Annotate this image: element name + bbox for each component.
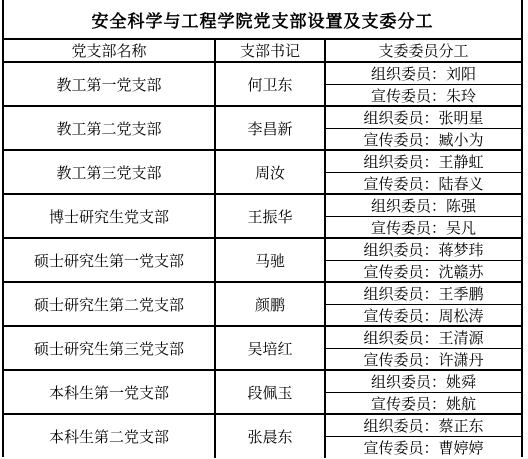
table-row: 本科生第一党支部 段佩玉 组织委员：姚舜 宣传委员：姚航 xyxy=(4,371,521,415)
organization-committee-member: 组织委员：刘阳 xyxy=(326,63,521,85)
header-branch-name: 党支部名称 xyxy=(4,40,216,61)
branch-name-cell: 本科生第二党支部 xyxy=(4,415,216,458)
organization-committee-member: 组织委员：张明星 xyxy=(326,107,521,129)
branch-name-cell: 教工第二党支部 xyxy=(4,107,216,150)
publicity-committee-member: 宣传委员：朱玲 xyxy=(326,85,521,106)
secretary-cell: 吴培红 xyxy=(216,327,326,370)
table-row: 硕士研究生第一党支部 马驰 组织委员：蒋梦玮 宣传委员：沈赣苏 xyxy=(4,239,521,283)
duties-cell: 组织委员：蒋梦玮 宣传委员：沈赣苏 xyxy=(326,239,521,282)
publicity-committee-member: 宣传委员：陆春义 xyxy=(326,173,521,194)
organization-committee-member: 组织委员：陈强 xyxy=(326,195,521,217)
publicity-committee-member: 宣传委员：许潇丹 xyxy=(326,349,521,370)
header-secretary: 支部书记 xyxy=(216,40,326,61)
table-title: 安全科学与工程学院党支部设置及支委分工 xyxy=(4,0,521,40)
duties-cell: 组织委员：刘阳 宣传委员：朱玲 xyxy=(326,63,521,106)
header-row: 党支部名称 支部书记 支委委员分工 xyxy=(4,40,521,63)
publicity-committee-member: 宣传委员：曹婷婷 xyxy=(326,437,521,458)
party-branch-table: 安全科学与工程学院党支部设置及支委分工 党支部名称 支部书记 支委委员分工 教工… xyxy=(2,0,523,457)
secretary-cell: 颜鹏 xyxy=(216,283,326,326)
duties-cell: 组织委员：王静虹 宣传委员：陆春义 xyxy=(326,151,521,194)
organization-committee-member: 组织委员：王季鹏 xyxy=(326,283,521,305)
table-row: 教工第一党支部 何卫东 组织委员：刘阳 宣传委员：朱玲 xyxy=(4,63,521,107)
branch-name-cell: 教工第一党支部 xyxy=(4,63,216,106)
publicity-committee-member: 宣传委员：臧小为 xyxy=(326,129,521,150)
secretary-cell: 李昌新 xyxy=(216,107,326,150)
branch-name-cell: 硕士研究生第三党支部 xyxy=(4,327,216,370)
table-row: 教工第三党支部 周汝 组织委员：王静虹 宣传委员：陆春义 xyxy=(4,151,521,195)
publicity-committee-member: 宣传委员：姚航 xyxy=(326,393,521,414)
organization-committee-member: 组织委员：蔡正东 xyxy=(326,415,521,437)
duties-cell: 组织委员：张明星 宣传委员：臧小为 xyxy=(326,107,521,150)
table-row: 硕士研究生第二党支部 颜鹏 组织委员：王季鹏 宣传委员：周松涛 xyxy=(4,283,521,327)
table-row: 教工第二党支部 李昌新 组织委员：张明星 宣传委员：臧小为 xyxy=(4,107,521,151)
branch-name-cell: 硕士研究生第二党支部 xyxy=(4,283,216,326)
secretary-cell: 周汝 xyxy=(216,151,326,194)
duties-cell: 组织委员：王清源 宣传委员：许潇丹 xyxy=(326,327,521,370)
table-row: 本科生第二党支部 张晨东 组织委员：蔡正东 宣传委员：曹婷婷 xyxy=(4,415,521,457)
duties-cell: 组织委员：王季鹏 宣传委员：周松涛 xyxy=(326,283,521,326)
secretary-cell: 马驰 xyxy=(216,239,326,282)
publicity-committee-member: 宣传委员：吴凡 xyxy=(326,217,521,238)
publicity-committee-member: 宣传委员：沈赣苏 xyxy=(326,261,521,282)
branch-name-cell: 博士研究生党支部 xyxy=(4,195,216,238)
publicity-committee-member: 宣传委员：周松涛 xyxy=(326,305,521,326)
duties-cell: 组织委员：陈强 宣传委员：吴凡 xyxy=(326,195,521,238)
header-committee-division: 支委委员分工 xyxy=(326,40,521,61)
organization-committee-member: 组织委员：蒋梦玮 xyxy=(326,239,521,261)
duties-cell: 组织委员：姚舜 宣传委员：姚航 xyxy=(326,371,521,414)
table-row: 硕士研究生第三党支部 吴培红 组织委员：王清源 宣传委员：许潇丹 xyxy=(4,327,521,371)
branch-name-cell: 本科生第一党支部 xyxy=(4,371,216,414)
secretary-cell: 段佩玉 xyxy=(216,371,326,414)
branch-name-cell: 教工第三党支部 xyxy=(4,151,216,194)
duties-cell: 组织委员：蔡正东 宣传委员：曹婷婷 xyxy=(326,415,521,458)
secretary-cell: 张晨东 xyxy=(216,415,326,458)
secretary-cell: 王振华 xyxy=(216,195,326,238)
organization-committee-member: 组织委员：姚舜 xyxy=(326,371,521,393)
branch-name-cell: 硕士研究生第一党支部 xyxy=(4,239,216,282)
secretary-cell: 何卫东 xyxy=(216,63,326,106)
organization-committee-member: 组织委员：王清源 xyxy=(326,327,521,349)
organization-committee-member: 组织委员：王静虹 xyxy=(326,151,521,173)
table-row: 博士研究生党支部 王振华 组织委员：陈强 宣传委员：吴凡 xyxy=(4,195,521,239)
